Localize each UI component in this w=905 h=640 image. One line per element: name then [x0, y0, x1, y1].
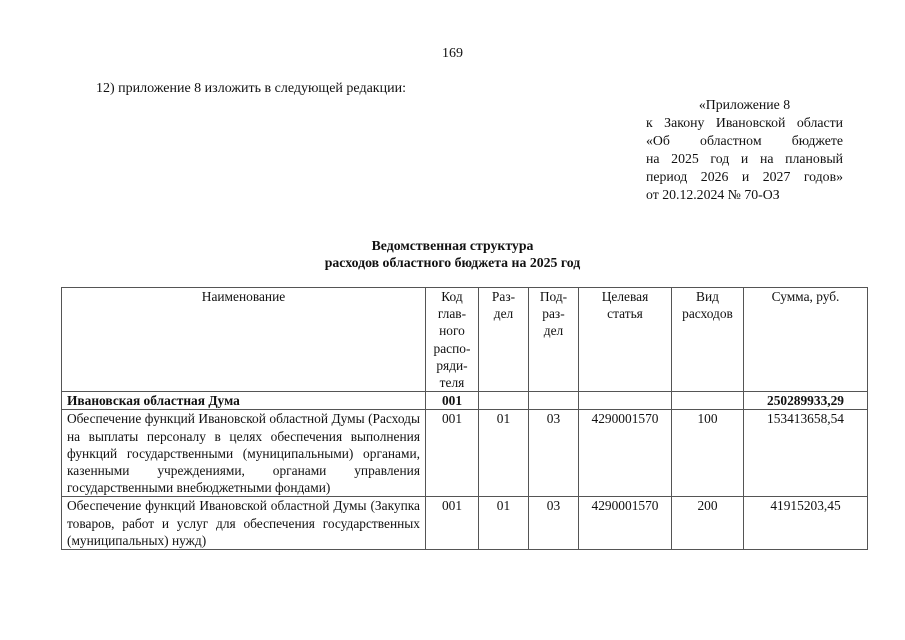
- row-section: [479, 392, 529, 410]
- row-code: 001: [426, 392, 479, 410]
- table-header-row: Наименование Код глав- ного распо- ряди-…: [62, 288, 868, 392]
- row-target: 4290001570: [579, 497, 672, 550]
- row-expense-type: 200: [672, 497, 744, 550]
- header-expense-type-text: Вид расходов: [676, 288, 739, 322]
- appendix-ref-line: на 2025 год и на плановый: [646, 150, 843, 168]
- header-code-text: Код глав- ного распо- ряди- теля: [428, 288, 476, 391]
- appendix-ref-line: период 2026 и 2027 годов»: [646, 168, 843, 186]
- row-expense-type: [672, 392, 744, 410]
- header-target-text: Целевая статья: [583, 288, 667, 322]
- table-row: Обеспечение функций Ивановской областной…: [62, 497, 868, 550]
- table-row: Ивановская областная Дума 001 250289933,…: [62, 392, 868, 410]
- header-expense-type: Вид расходов: [672, 288, 744, 392]
- header-subsection-text: Под- раз- дел: [531, 288, 576, 340]
- row-code: 001: [426, 497, 479, 550]
- table-row: Обеспечение функций Ивановской областной…: [62, 410, 868, 497]
- row-name: Обеспечение функций Ивановской областной…: [62, 410, 426, 497]
- row-target: 4290001570: [579, 410, 672, 497]
- row-amount: 153413658,54: [744, 410, 868, 497]
- page-number: 169: [0, 46, 905, 62]
- table-title-line-2: расходов областного бюджета на 2025 год: [0, 254, 905, 271]
- header-subsection: Под- раз- дел: [529, 288, 579, 392]
- header-code: Код глав- ного распо- ряди- теля: [426, 288, 479, 392]
- row-name: Обеспечение функций Ивановской областной…: [62, 497, 426, 550]
- appendix-ref-line: к Закону Ивановской области: [646, 114, 843, 132]
- header-section: Раз- дел: [479, 288, 529, 392]
- appendix-ref-line: «Об областном бюджете: [646, 132, 843, 150]
- appendix-ref-line: «Приложение 8: [646, 96, 843, 114]
- row-amount: 250289933,29: [744, 392, 868, 410]
- row-section: 01: [479, 497, 529, 550]
- header-target: Целевая статья: [579, 288, 672, 392]
- header-section-text: Раз- дел: [481, 288, 526, 322]
- header-amount: Сумма, руб.: [744, 288, 868, 392]
- table-title: Ведомственная структура расходов областн…: [0, 237, 905, 271]
- header-name: Наименование: [62, 288, 426, 392]
- row-subsection: [529, 392, 579, 410]
- row-code: 001: [426, 410, 479, 497]
- row-name: Ивановская областная Дума: [62, 392, 426, 410]
- amendment-instruction: 12) приложение 8 изложить в следующей ре…: [96, 81, 406, 97]
- appendix-reference: «Приложение 8 к Закону Ивановской област…: [646, 96, 843, 204]
- row-section: 01: [479, 410, 529, 497]
- row-amount: 41915203,45: [744, 497, 868, 550]
- row-subsection: 03: [529, 497, 579, 550]
- row-subsection: 03: [529, 410, 579, 497]
- appendix-ref-line: от 20.12.2024 № 70-ОЗ: [646, 186, 843, 204]
- table-title-line-1: Ведомственная структура: [0, 237, 905, 254]
- budget-table: Наименование Код глав- ного распо- ряди-…: [61, 287, 868, 550]
- row-target: [579, 392, 672, 410]
- row-expense-type: 100: [672, 410, 744, 497]
